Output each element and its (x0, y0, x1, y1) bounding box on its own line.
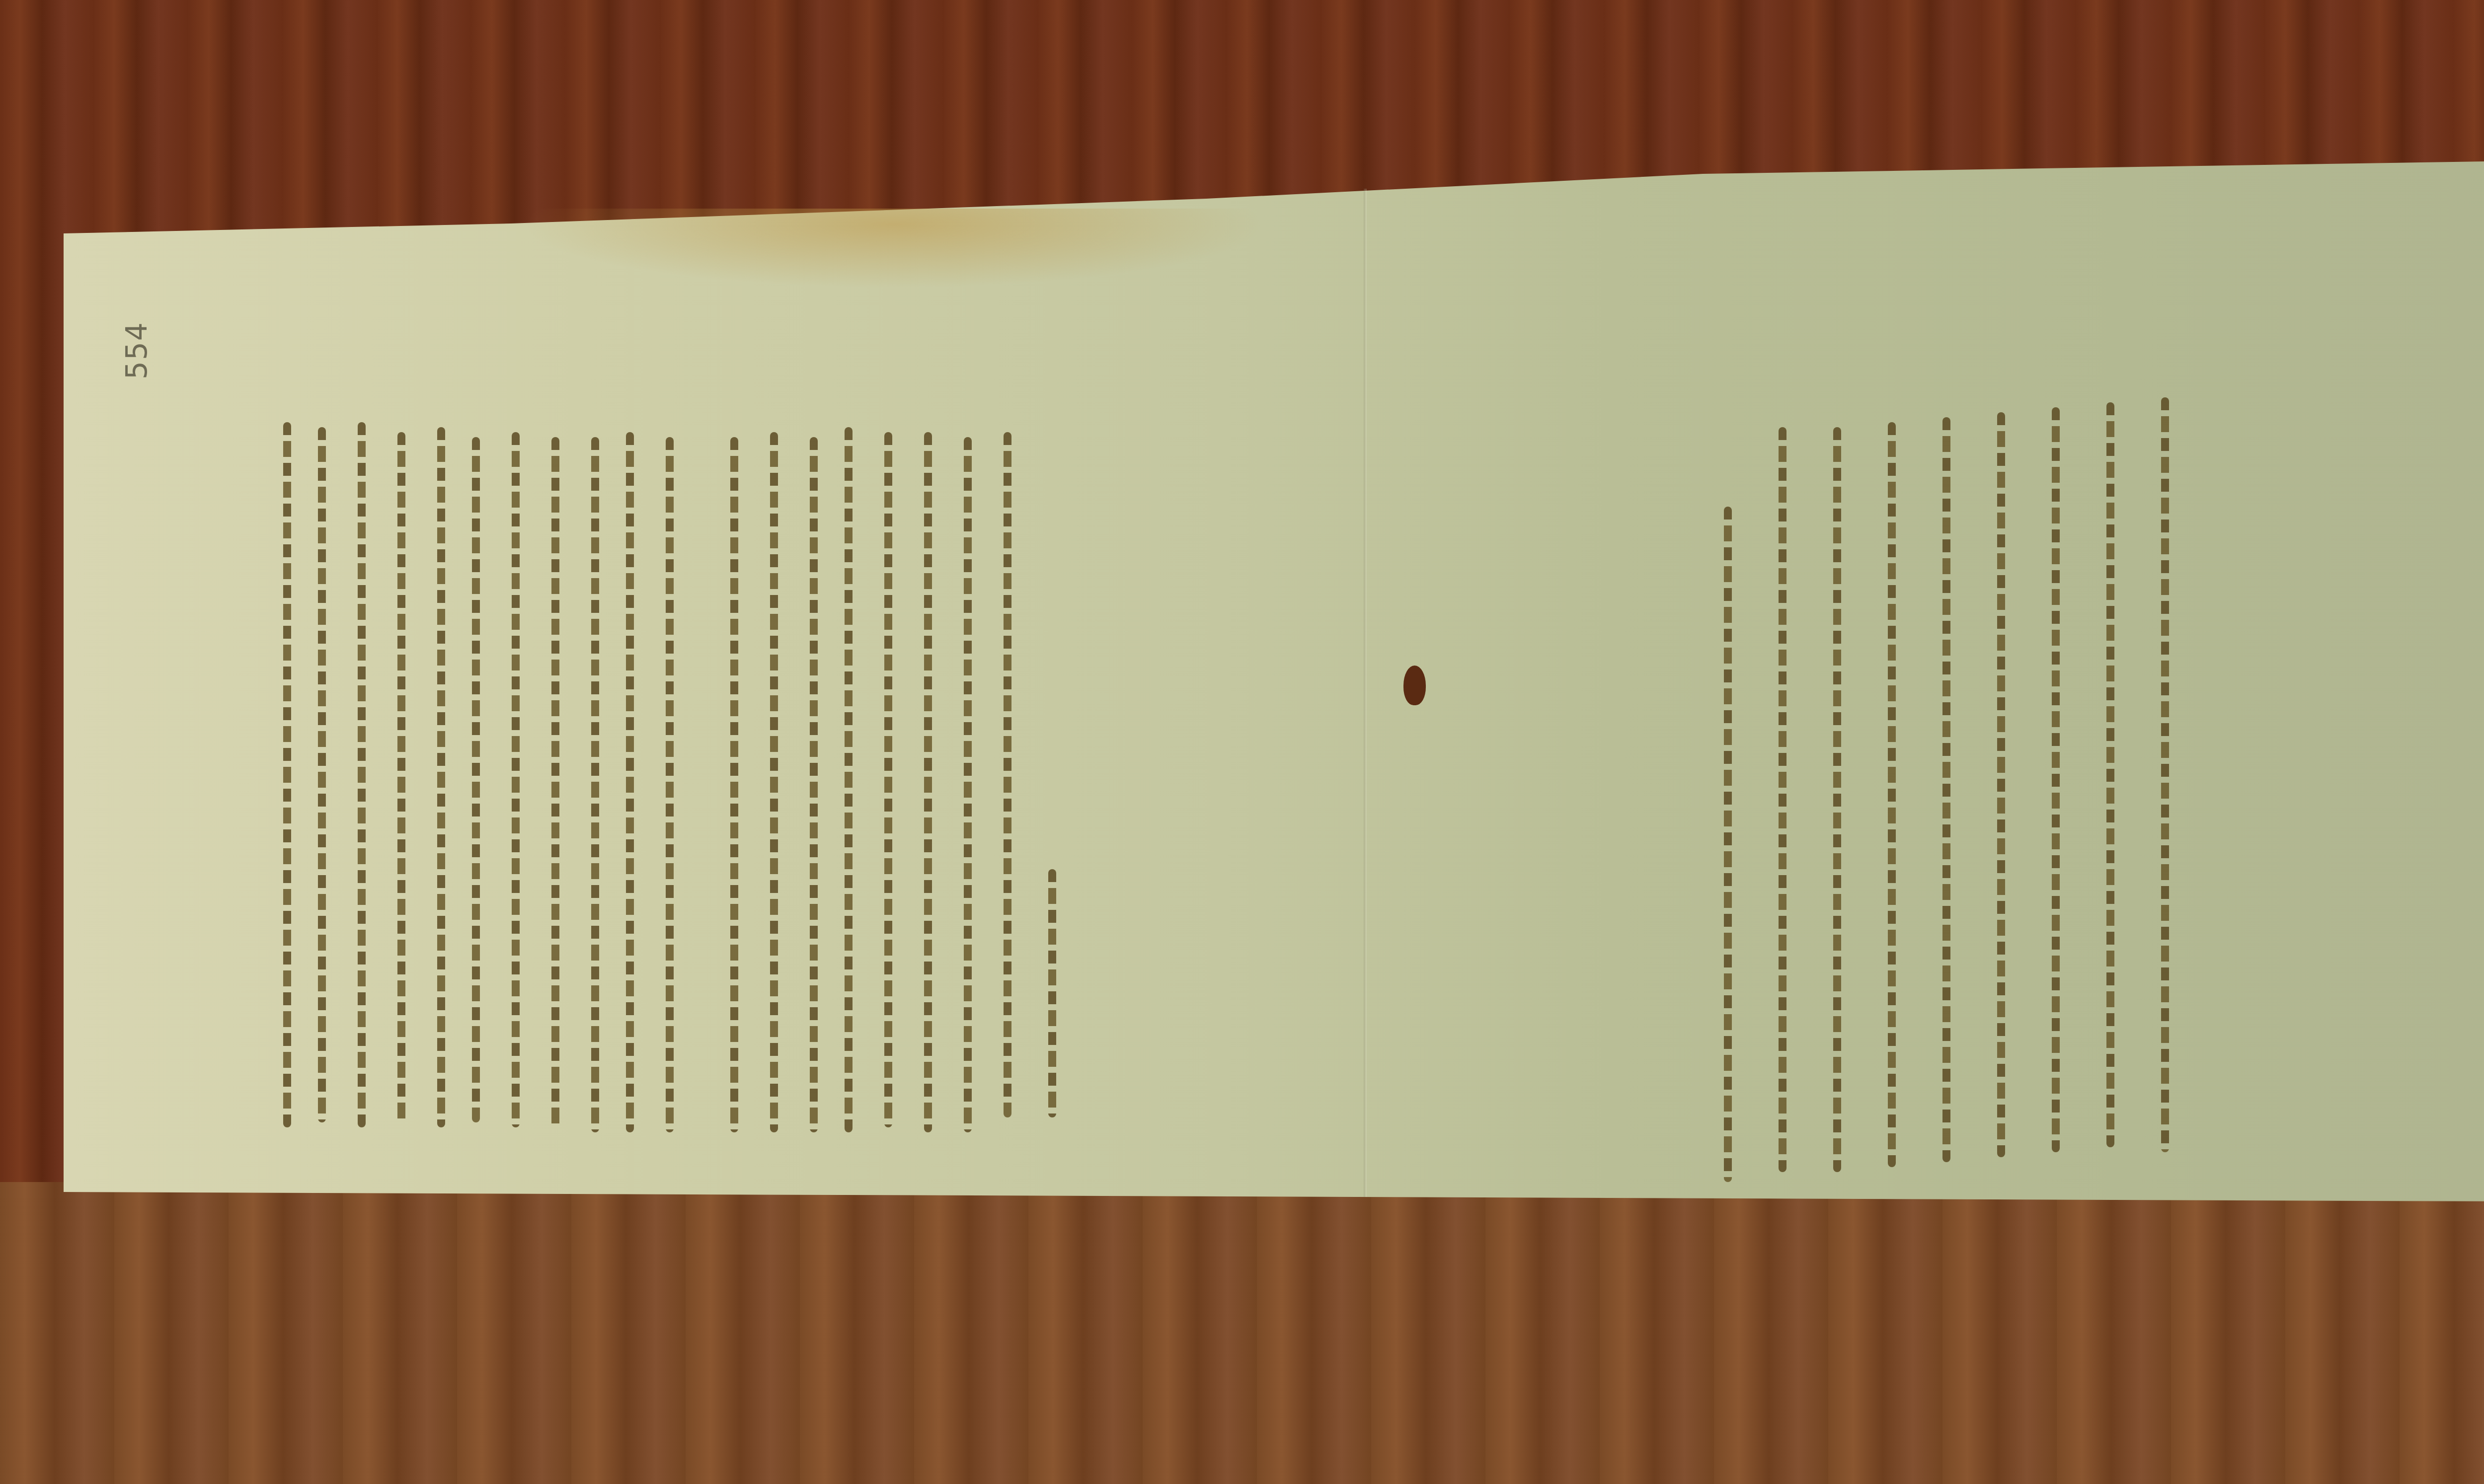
manuscript-line (666, 437, 674, 1132)
manuscript-line (2052, 407, 2060, 1152)
manuscript-line (318, 427, 326, 1122)
manuscript-leaf (64, 159, 2484, 1202)
manuscript-line (884, 432, 892, 1127)
manuscript-line (512, 432, 520, 1127)
manuscript-line (1942, 417, 1950, 1162)
manuscript-line (551, 437, 559, 1127)
center-fold (1364, 189, 1367, 1197)
manuscript-line (770, 432, 778, 1132)
manuscript-line (397, 432, 405, 1122)
wooden-table-surface (0, 1182, 2484, 1484)
folio-number: 554 (120, 340, 154, 379)
manuscript-line (283, 422, 291, 1127)
manuscript-line (591, 437, 599, 1132)
water-stain (522, 209, 1267, 288)
manuscript-line (2106, 402, 2114, 1147)
manuscript-line (1888, 422, 1896, 1167)
manuscript-line (924, 432, 932, 1132)
manuscript-line (810, 437, 818, 1132)
manuscript-line (2161, 397, 2169, 1152)
manuscript-line (1048, 869, 1056, 1117)
manuscript-line (358, 422, 366, 1127)
manuscript-line (1997, 412, 2005, 1157)
manuscript-line (1724, 507, 1732, 1182)
manuscript-line (845, 427, 853, 1132)
manuscript-line (964, 437, 972, 1132)
manuscript-line (1779, 427, 1786, 1172)
manuscript-line (1004, 432, 1011, 1117)
manuscript-line (730, 437, 738, 1132)
manuscript-line (1833, 427, 1841, 1172)
manuscript-line (626, 432, 634, 1132)
manuscript-line (437, 427, 445, 1127)
manuscript-line (472, 437, 480, 1122)
paper-hole (1403, 666, 1426, 705)
